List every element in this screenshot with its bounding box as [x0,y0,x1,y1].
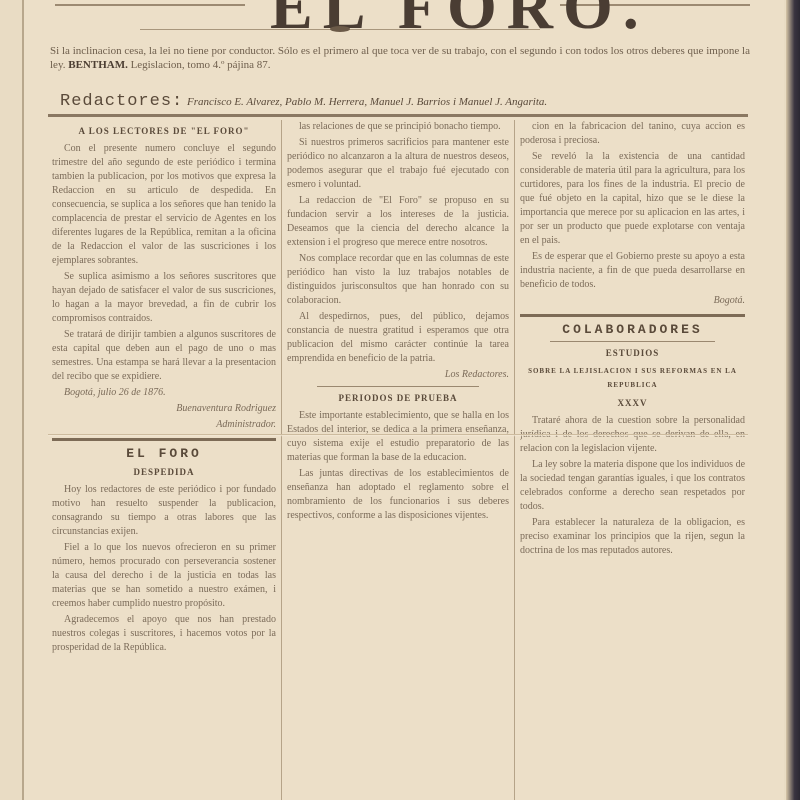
header-divider [48,114,748,117]
section-number: XXXV [520,396,745,410]
section-heading: EL FORO [52,447,276,461]
epigraph-source: Legislacion, tomo 4.º pájina 87. [131,59,271,71]
paragraph: Este importante establecimiento, que se … [287,409,509,465]
paragraph: las relaciones de que se principió bonac… [287,120,509,134]
scan-edge [786,0,800,800]
paragraph: Nos complace recordar que en las columna… [287,252,509,308]
paragraph: La redaccion de "El Foro" se propuso en … [287,194,509,250]
column-1: A LOS LECTORES DE "EL FORO" Con el prese… [52,120,276,800]
paragraph: Se suplica asimismo a los señores suscri… [52,270,276,326]
section-divider [317,386,479,387]
section-heading: PERIODOS DE PRUEBA [287,391,509,405]
paragraph: Se reveló la la existencia de una cantid… [520,150,745,248]
paragraph: Para establecer la naturaleza de la obli… [520,516,745,558]
paragraph: cion en la fabricacion del tanino, cuya … [520,120,745,148]
signature: Bogotá. [520,294,745,308]
column-separator [281,120,282,800]
paragraph: Se tratará de dirijir tambien a algunos … [52,328,276,384]
editors-line: Redactores: Francisco E. Alvarez, Pablo … [60,92,760,111]
paragraph: Trataré ahora de la cuestion sobre la pe… [520,414,745,456]
column-3: cion en la fabricacion del tanino, cuya … [520,120,745,800]
masthead-ornament [140,26,540,34]
section-caption: SOBRE LA LEJISLACION I SUS REFORMAS EN L… [520,364,745,392]
paragraph: Es de esperar que el Gobierno preste su … [520,250,745,292]
masthead-rule-left [55,4,245,6]
paragraph: Hoy los redactores de este periódico i p… [52,483,276,539]
paper-fold-line [48,434,748,435]
signature-name: Buenaventura Rodriguez [52,402,276,416]
section-subheading: ESTUDIOS [520,346,745,360]
paragraph: La ley sobre la materia dispone que los … [520,458,745,514]
masthead-title: EL FORO. [270,0,649,44]
column-2: las relaciones de que se principió bonac… [287,120,509,800]
signature-role: Administrador. [52,418,276,432]
section-divider [52,438,276,441]
editors-names: Francisco E. Alvarez, Pablo M. Herrera, … [187,96,547,108]
epigraph: Si la inclinacion cesa, la lei no tiene … [50,44,750,72]
paragraph: Fiel a lo que los nuevos ofrecieron en s… [52,541,276,611]
paragraph: Agradecemos el apoyo que nos han prestad… [52,613,276,655]
paragraph: Con el presente numero concluye el segun… [52,142,276,268]
editors-label: Redactores: [60,92,183,111]
paragraph: Al despedirnos, pues, del público, dejam… [287,310,509,366]
section-heading: COLABORADORES [520,323,745,337]
signature: Los Redactores. [287,368,509,382]
paragraph: Las juntas directivas de los establecimi… [287,467,509,523]
dateline: Bogotá, julio 26 de 1876. [52,386,276,400]
paragraph: Si nuestros primeros sacrificios para ma… [287,136,509,192]
column-separator [514,120,515,800]
section-divider [550,341,715,342]
section-divider [520,314,745,317]
epigraph-author: BENTHAM. [68,59,128,71]
section-subheading: DESPEDIDA [52,465,276,479]
article-heading: A LOS LECTORES DE "EL FORO" [52,124,276,138]
